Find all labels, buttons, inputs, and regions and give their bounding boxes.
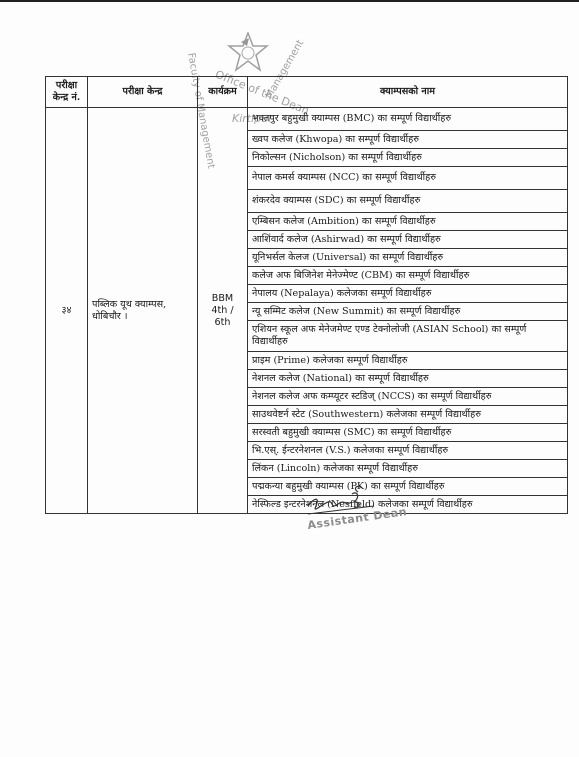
campus-name: ख्वप कलेज (Khwopa) का सम्पूर्ण विद्यार्थ… (248, 131, 568, 149)
campus-name: न्यू सम्मिट कलेज (New Summit) का सम्पूर्… (248, 303, 568, 321)
table-row: ३४पब्लिक यूथ क्याम्पस, धोबिचौर ।BBM4th /… (46, 108, 568, 131)
program-semester: 4th / 6th (202, 305, 243, 329)
campus-name: नेशनल कलेज अफ कम्प्यूटर स्टडिज् (NCCS) क… (248, 388, 568, 406)
university-emblem-icon (227, 32, 269, 72)
campus-name: एशियन स्कूल अफ मेनेजमेण्ट एण्ड टेक्नोलोज… (248, 321, 568, 352)
program-name: BBM (202, 293, 243, 305)
campus-name: यूनिभर्सल केलज (Universal) का सम्पूर्ण व… (248, 249, 568, 267)
campus-name: प्राइम (Prime) कलेजका सम्पूर्ण विद्यार्थ… (248, 352, 568, 370)
campus-name: आशिंवार्द कलेज (Ashirwad) का सम्पूर्ण वि… (248, 231, 568, 249)
table-body: ३४पब्लिक यूथ क्याम्पस, धोबिचौर ।BBM4th /… (46, 108, 568, 514)
campus-name: एम्बिसन कलेज (Ambition) का सम्पूर्ण विद्… (248, 213, 568, 231)
campus-name: नेपालय (Nepalaya) कलेजका सम्पूर्ण विद्या… (248, 285, 568, 303)
campus-name: शंकरदेव क्याम्पस (SDC) का सम्पूर्ण विद्य… (248, 190, 568, 213)
exam-center-table: परीक्षा केन्द्र नं. परीक्षा केन्द्र कार्… (45, 76, 568, 514)
campus-name: सरस्वती बहुमुखी क्याम्पस (SMC) का सम्पूर… (248, 424, 568, 442)
header-center: परीक्षा केन्द्र (88, 77, 198, 108)
center-number: ३४ (46, 108, 88, 514)
campus-name: नेपाल कमर्स क्याम्पस (NCC) का सम्पूर्ण व… (248, 167, 568, 190)
campus-name: नेशनल कलेज (National) का सम्पूर्ण विद्या… (248, 370, 568, 388)
campus-name: भक्तपुर बहुमुखी क्याम्पस (BMC) का सम्पूर… (248, 108, 568, 131)
header-center-no: परीक्षा केन्द्र नं. (46, 77, 88, 108)
campus-name: लिंकन (Lincoln) कलेजका सम्पूर्ण विद्यार्… (248, 460, 568, 478)
campus-name: कलेज अफ बिजिनेश मेनेज्मेण्ट (CBM) का सम्… (248, 267, 568, 285)
center-name: पब्लिक यूथ क्याम्पस, धोबिचौर । (88, 108, 198, 514)
header-program: कार्यक्रम (198, 77, 248, 108)
table-header-row: परीक्षा केन्द्र नं. परीक्षा केन्द्र कार्… (46, 77, 568, 108)
scan-top-edge (0, 0, 579, 2)
campus-name: भि.एस्. ईन्टरनेशनल (V.S.) कलेजका सम्पूर्… (248, 442, 568, 460)
campus-name: निकोल्सन (Nicholson) का सम्पूर्ण विद्यार… (248, 149, 568, 167)
header-campus-name: क्याम्पसको नाम (248, 77, 568, 108)
program: BBM4th / 6th (198, 108, 248, 514)
campus-name: साउथवेष्टर्न स्टेट (Southwestern) कलेजका… (248, 406, 568, 424)
